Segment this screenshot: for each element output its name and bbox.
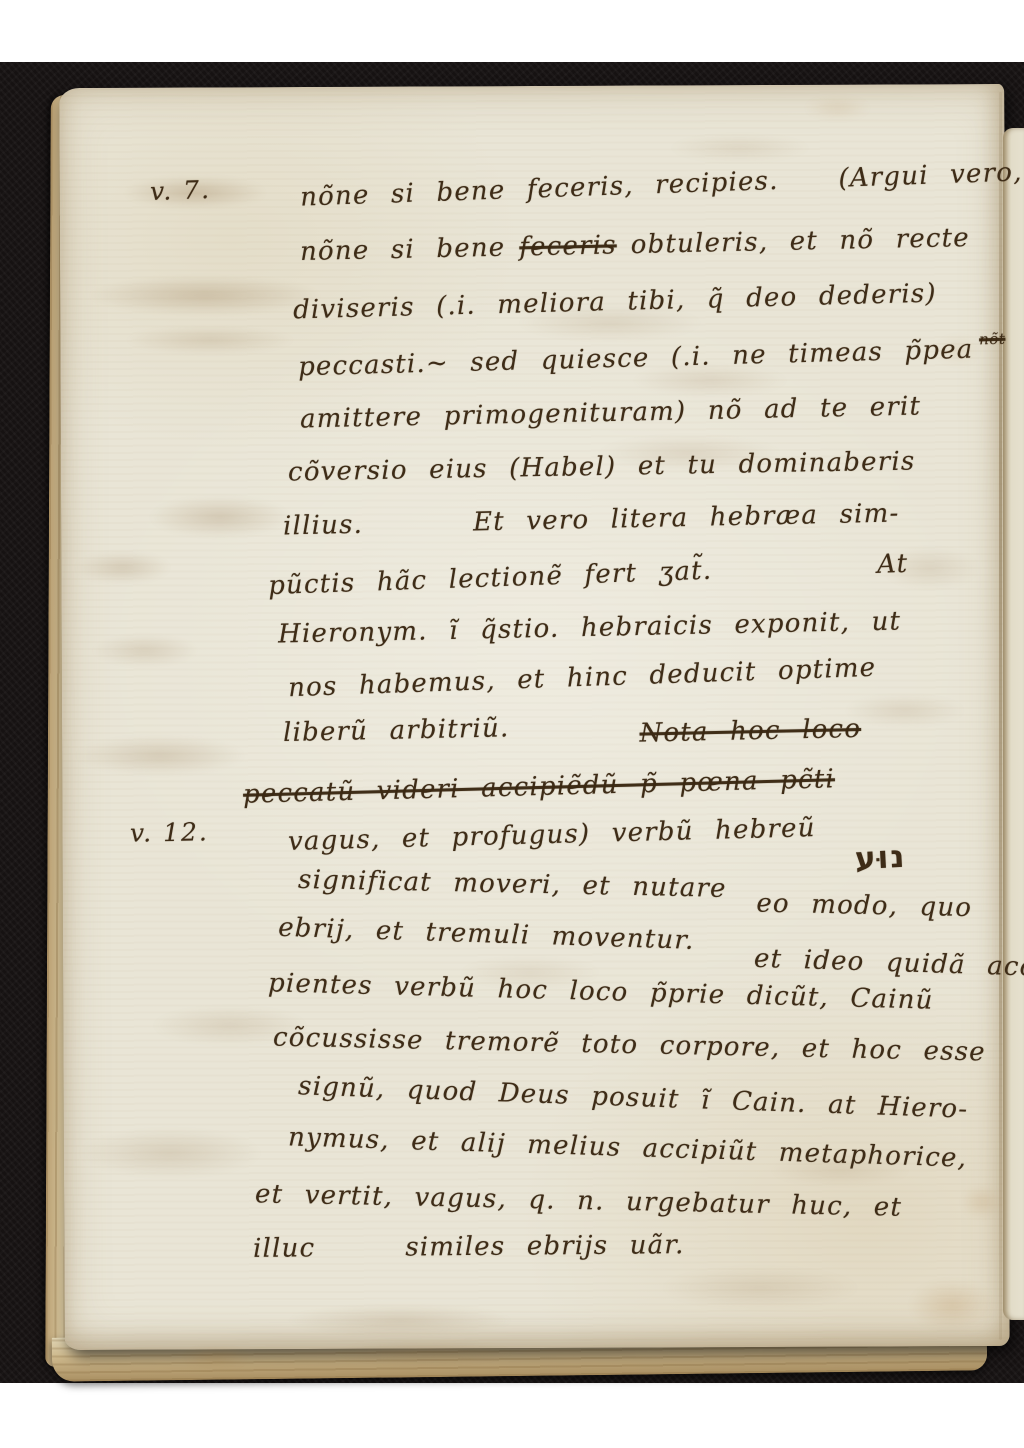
manuscript-text-segment: (Argui vero, <box>838 157 1023 193</box>
manuscript-scan: v. 7. v. 12. nõne si bene feceris, recip… <box>0 0 1024 1448</box>
page-fore-edge-crease <box>999 92 1002 1340</box>
next-leaf-edge <box>1003 128 1024 1320</box>
manuscript-text-segment: feceris <box>519 230 617 262</box>
margin-verse-number-12: v. 12. <box>130 817 209 847</box>
margin-verse-number-7: v. 7. <box>150 175 212 206</box>
hebrew-word: נוּע <box>854 839 907 878</box>
manuscript-text-segment: nõne si bene <box>300 233 506 267</box>
manuscript-text-segment: illuc <box>253 1233 316 1264</box>
manuscript-text-segment: nõt <box>979 330 1006 349</box>
manuscript-line: נוּע <box>854 839 907 878</box>
scan-frame-bottom-bar <box>0 1383 1024 1448</box>
manuscript-text-segment: liberũ arbitriũ. <box>283 713 510 748</box>
manuscript-text-segment: At <box>877 549 909 580</box>
scan-frame-top-bar <box>0 0 1024 62</box>
manuscript-text-segment: eo modo, quo <box>756 889 972 924</box>
manuscript-line: illucsimiles ebrijs uãr. <box>253 1230 685 1264</box>
manuscript-text-segment: Nota hoc loco <box>639 714 861 749</box>
manuscript-text-segment: similes ebrijs uãr. <box>405 1230 685 1262</box>
manuscript-text-segment: illius. <box>283 510 364 542</box>
